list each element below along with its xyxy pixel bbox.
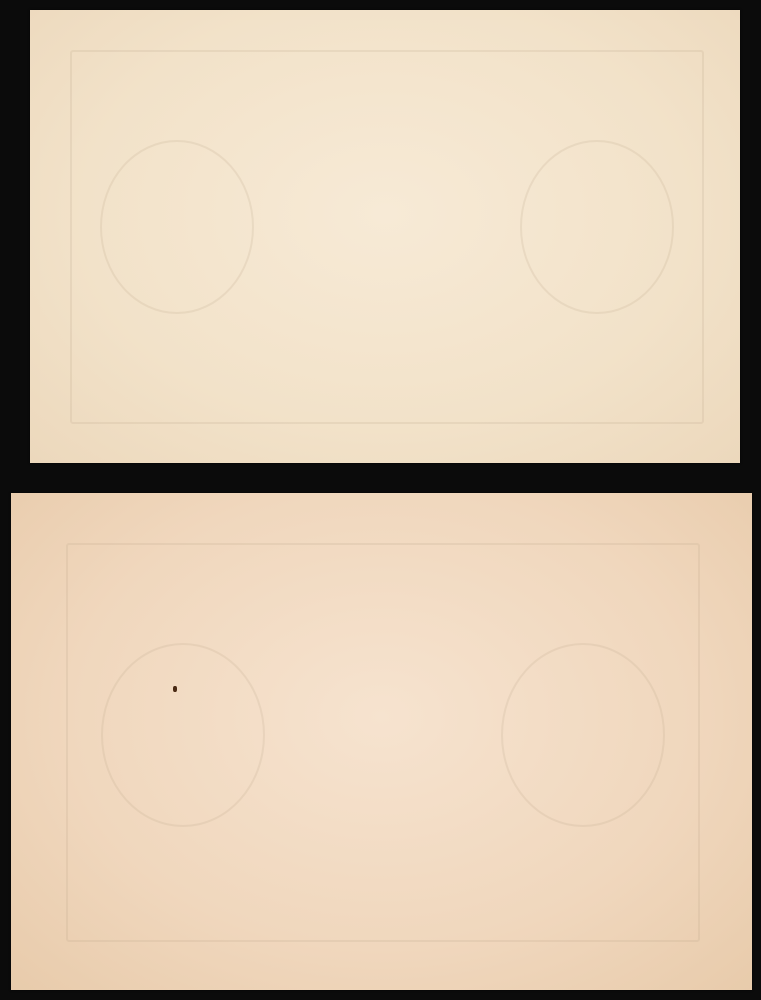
print-oval-ghost (520, 140, 674, 314)
print-oval-ghost (501, 643, 665, 827)
banknote-top (30, 10, 740, 463)
banknote-bottom (11, 493, 752, 990)
stain-spot (173, 686, 177, 692)
print-oval-ghost (100, 140, 254, 314)
print-oval-ghost (101, 643, 265, 827)
